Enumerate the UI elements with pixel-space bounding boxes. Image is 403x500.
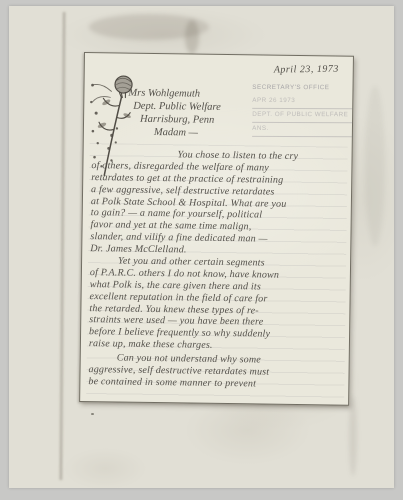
recipient-city: Harrisburg, Penn: [140, 113, 221, 127]
letter-date: April 23, 1973: [274, 64, 339, 76]
smudge-mark: [365, 86, 385, 246]
recipient-name: Mrs Wohlgemuth: [128, 87, 221, 101]
smudge-mark: [185, 20, 199, 54]
letter-body: You chose to listen to the cry of others…: [88, 148, 347, 391]
smudge-mark: [349, 396, 357, 476]
stamp-line: ANS.: [252, 123, 354, 137]
paragraph: Yet you and other certain segments of P.…: [89, 255, 346, 354]
paragraph: You chose to listen to the cry of others…: [90, 148, 347, 259]
handwritten-letter: April 23, 1973 SECRETARY'S OFFICE APR 26…: [79, 52, 354, 406]
stamp-line: SECRETARY'S OFFICE: [252, 82, 354, 95]
stamp-line: DEPT. OF PUBLIC WELFARE: [252, 109, 354, 123]
ink-speck: [91, 413, 94, 415]
salutation: Madam —: [154, 126, 221, 140]
recipient-address-block: Mrs Wohlgemuth Dept. Public Welfare Harr…: [128, 87, 221, 140]
handwritten-line: raise up, make these charges.: [89, 338, 345, 353]
recipient-dept: Dept. Public Welfare: [133, 100, 221, 114]
scanned-letter-page: April 23, 1973 SECRETARY'S OFFICE APR 26…: [0, 0, 403, 500]
received-stamp: SECRETARY'S OFFICE APR 26 1973 DEPT. OF …: [252, 82, 354, 137]
paper-crease-line: [59, 12, 65, 480]
stamp-line: APR 26 1973: [252, 95, 354, 109]
paragraph: Can you not understand why some aggressi…: [88, 352, 344, 391]
